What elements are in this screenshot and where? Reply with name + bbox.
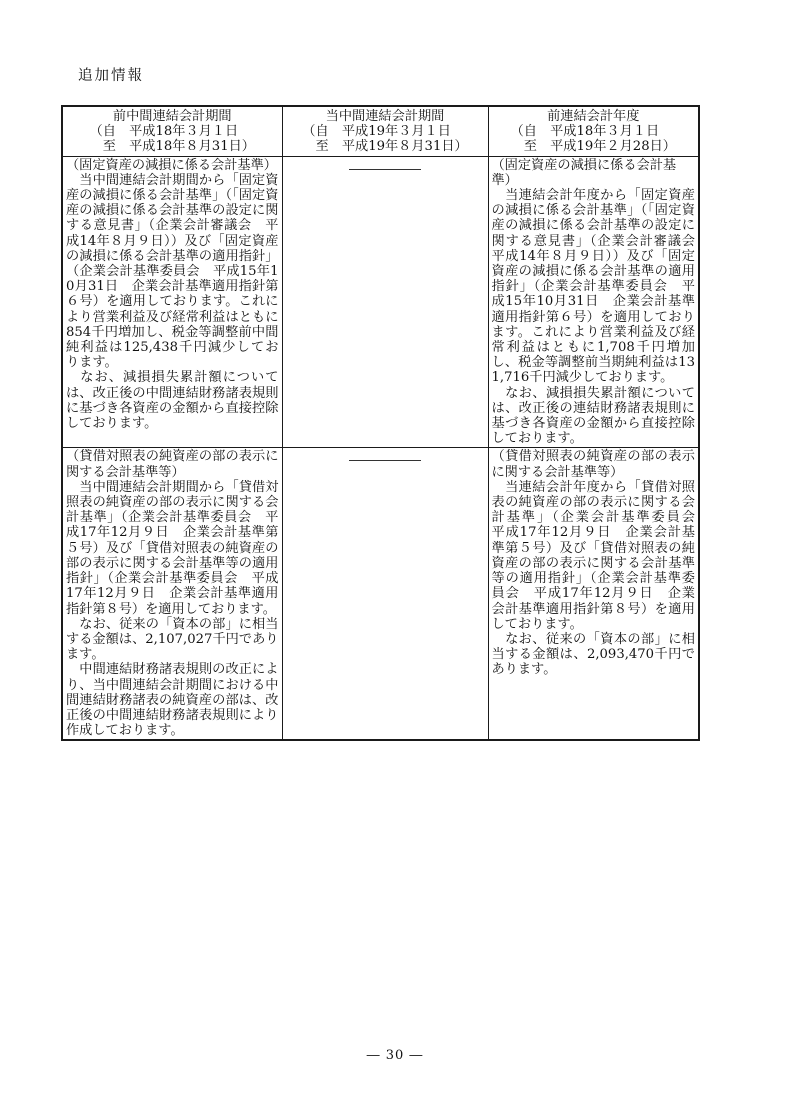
cell-heading: （固定資産の減損に係る会計基準） [492, 158, 696, 188]
header-dates: （自 平成18年３月１日 至 平成18年８月31日） [90, 124, 255, 154]
cell-paragraph: 当中間連結会計期間から「貸借対照表の純資産の部の表示に関する会計基準」（企業会計… [66, 480, 279, 617]
header-title: 前中間連結会計期間 [66, 109, 279, 124]
header-prev-interim-period: 前中間連結会計期間 （自 平成18年３月１日 至 平成18年８月31日） [62, 106, 282, 156]
cell-heading: （固定資産の減損に係る会計基準） [66, 158, 279, 173]
cell-paragraph: 当中間連結会計期間から「固定資産の減損に係る会計基準」（「固定資産の減損に係る会… [66, 173, 279, 371]
no-data-dash [349, 460, 421, 461]
header-dates: （自 平成18年３月１日 至 平成19年２月28日） [511, 124, 676, 154]
no-data-dash [349, 169, 421, 170]
cell-paragraph: なお、従来の「資本の部」に相当する金額は、2,093,470千円であります。 [492, 632, 696, 678]
impairment-current-interim-empty-cell [282, 156, 488, 448]
net-assets-current-interim-empty-cell [282, 448, 488, 740]
header-title: 前連結会計年度 [492, 109, 696, 124]
header-dates: （自 平成19年３月１日 至 平成19年８月31日） [302, 124, 467, 154]
header-title: 当中間連結会計期間 [286, 109, 485, 124]
page-title: 追加情報 [78, 64, 144, 85]
cell-paragraph: なお、減損損失累計額については、改正後の中間連結財務諸表規則に基づき各資産の金額… [66, 370, 279, 431]
net-assets-presentation-row: （貸借対照表の純資産の部の表示に関する会計基準等） 当中間連結会計期間から「貸借… [62, 448, 699, 740]
net-assets-prev-fiscal-year-cell: （貸借対照表の純資産の部の表示に関する会計基準等） 当連結会計年度から「貸借対照… [488, 448, 699, 740]
accounting-standards-table: 前中間連結会計期間 （自 平成18年３月１日 至 平成18年８月31日） 当中間… [61, 105, 700, 741]
cell-paragraph: なお、従来の「資本の部」に相当する金額は、2,107,027千円であります。 [66, 617, 279, 663]
page-number: ― 30 ― [0, 1048, 790, 1063]
cell-heading: （貸借対照表の純資産の部の表示に関する会計基準等） [492, 449, 696, 479]
impairment-prev-fiscal-year-cell: （固定資産の減損に係る会計基準） 当連結会計年度から「固定資産の減損に係る会計基… [488, 156, 699, 448]
cell-heading: （貸借対照表の純資産の部の表示に関する会計基準等） [66, 449, 279, 479]
header-current-interim-period: 当中間連結会計期間 （自 平成19年３月１日 至 平成19年８月31日） [282, 106, 488, 156]
net-assets-prev-interim-cell: （貸借対照表の純資産の部の表示に関する会計基準等） 当中間連結会計期間から「貸借… [62, 448, 282, 740]
impairment-standard-row: （固定資産の減損に係る会計基準） 当中間連結会計期間から「固定資産の減損に係る会… [62, 156, 699, 448]
cell-paragraph: 中間連結財務諸表規則の改正により、当中間連結会計期間における中間連結財務諸表の純… [66, 662, 279, 738]
cell-paragraph: なお、減損損失累計額については、改正後の連結財務諸表規則に基づき各資産の金額から… [492, 386, 696, 447]
header-prev-fiscal-year: 前連結会計年度 （自 平成18年３月１日 至 平成19年２月28日） [488, 106, 699, 156]
table-header-row: 前中間連結会計期間 （自 平成18年３月１日 至 平成18年８月31日） 当中間… [62, 106, 699, 156]
cell-paragraph: 当連結会計年度から「貸借対照表の純資産の部の表示に関する会計基準」（企業会計基準… [492, 480, 696, 632]
cell-paragraph: 当連結会計年度から「固定資産の減損に係る会計基準」（「固定資産の減損に係る会計基… [492, 188, 696, 386]
impairment-prev-interim-cell: （固定資産の減損に係る会計基準） 当中間連結会計期間から「固定資産の減損に係る会… [62, 156, 282, 448]
